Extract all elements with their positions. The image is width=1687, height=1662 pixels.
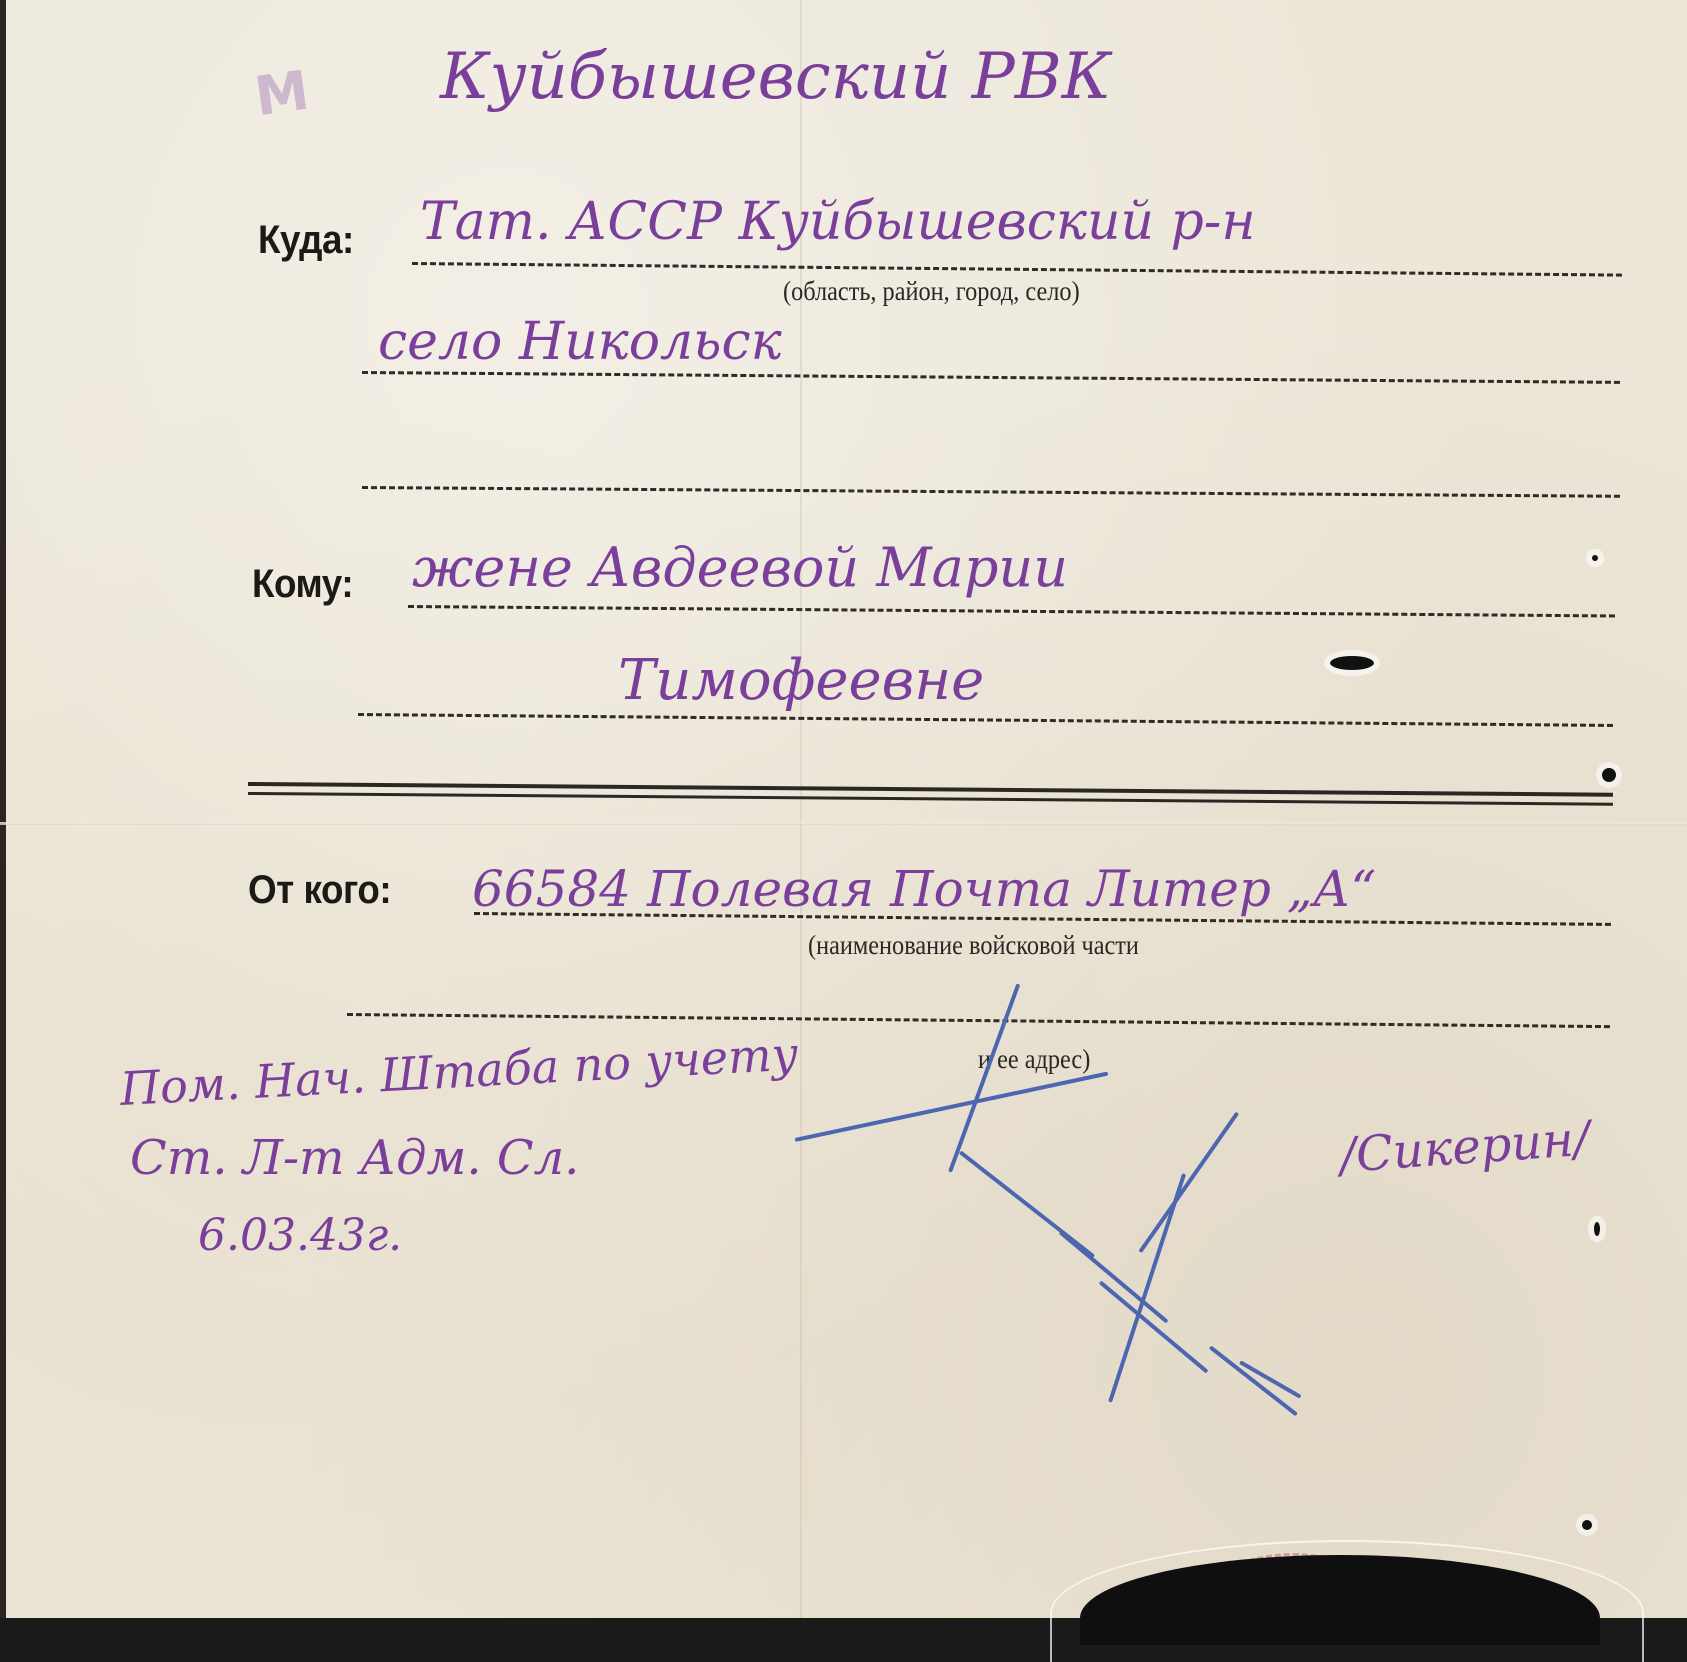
to-where-value-line2: село Никольск bbox=[378, 312, 782, 372]
from-whom-rule-2 bbox=[347, 1013, 1610, 1028]
to-whom-label: Кому: bbox=[252, 562, 353, 607]
punch-hole bbox=[1582, 1520, 1592, 1530]
signer-position: Пом. Нач. Штаба по учету bbox=[119, 1026, 800, 1115]
to-where-caption: (область, район, город, село) bbox=[783, 276, 1080, 307]
to-whom-rule-2 bbox=[358, 713, 1613, 727]
punch-hole bbox=[1330, 656, 1374, 670]
to-whom-rule-1 bbox=[408, 605, 1615, 617]
punch-hole bbox=[1602, 768, 1616, 782]
ghost-stamp-mark: М bbox=[251, 59, 313, 129]
signature-date: 6.03.43г. bbox=[198, 1210, 402, 1261]
document-sheet: М Куйбышевский РВК Куда: Тат. АССР Куйбы… bbox=[0, 0, 1687, 1618]
to-whom-value-line1: жене Авдеевой Марии bbox=[412, 536, 1068, 599]
from-whom-caption-1: (наименование войсковой части bbox=[808, 930, 1139, 961]
scan-edge bbox=[0, 0, 6, 1618]
to-where-rule-3 bbox=[362, 486, 1620, 498]
punch-hole bbox=[1594, 1222, 1600, 1236]
punch-hole bbox=[1592, 555, 1598, 561]
fold-crease-horizontal bbox=[0, 822, 1687, 825]
signer-rank: Ст. Л-т Адм. Сл. bbox=[130, 1130, 579, 1186]
header-handwritten: Куйбышевский РВК bbox=[440, 40, 1111, 114]
to-whom-value-line2: Тимофеевне bbox=[618, 648, 984, 713]
from-whom-value-line1: 66584 Полевая Почта Литер „А“ bbox=[472, 860, 1376, 918]
to-where-rule-2 bbox=[362, 371, 1620, 384]
to-where-value-line1: Тат. АССР Куйбышевский р-н bbox=[420, 192, 1256, 252]
to-where-rule-1 bbox=[412, 262, 1622, 277]
signer-name: /Сикерин/ bbox=[1338, 1111, 1592, 1184]
to-where-label: Куда: bbox=[258, 218, 354, 263]
from-whom-label: От кого: bbox=[248, 868, 391, 913]
